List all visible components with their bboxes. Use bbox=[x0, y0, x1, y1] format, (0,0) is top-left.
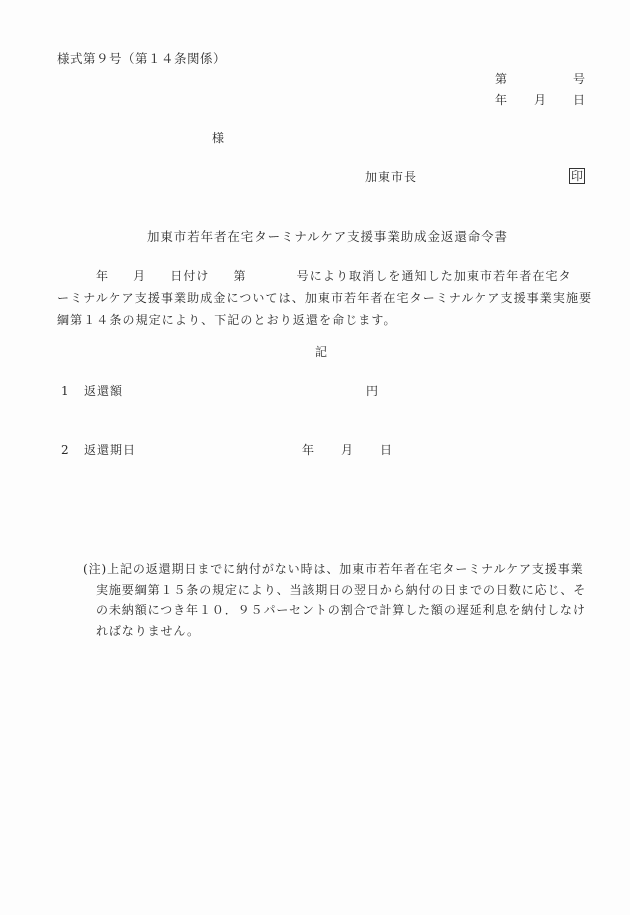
item-1-number: 1 bbox=[61, 385, 69, 397]
body-line-2: ーミナルケア支援事業助成金については、加東市若年者在宅ターミナルケア支援事業実施… bbox=[57, 287, 587, 309]
form-label: 様式第９号（第１４条関係） bbox=[57, 53, 226, 66]
doc-number-field[interactable] bbox=[510, 72, 570, 86]
item-1-label: 返還額 bbox=[84, 385, 123, 397]
issuer-name: 加東市長 bbox=[365, 171, 417, 183]
note-line-1: (注)上記の返還期日までに納付がない時は、加東市若年者在宅ターミナルケア支援事業 bbox=[83, 559, 593, 580]
document-title: 加東市若年者在宅ターミナルケア支援事業助成金返還命令書 bbox=[147, 231, 508, 244]
body-month: 月 bbox=[133, 269, 146, 283]
doc-number-suffix: 号 bbox=[573, 73, 585, 85]
addressee-honorific: 様 bbox=[212, 132, 224, 144]
addressee-field[interactable] bbox=[57, 131, 207, 145]
seal-mark: 印 bbox=[569, 168, 585, 184]
refund-due-date-field[interactable] bbox=[160, 443, 295, 457]
seal-icon: 印 bbox=[569, 168, 585, 184]
item-2-month: 月 bbox=[341, 444, 353, 456]
body-line-1-rest: 号により取消しを通知した加東市若年者在宅タ bbox=[297, 269, 572, 283]
note-line-3: の未納額につき年１０．９５パーセントの割合で計算した額の遅延利息を納付しなけ bbox=[83, 600, 593, 621]
body-paragraph: 年月日付け第号により取消しを通知した加東市若年者在宅タ ーミナルケア支援事業助成… bbox=[57, 265, 587, 331]
item-2-number: 2 bbox=[61, 444, 69, 456]
body-year: 年 bbox=[96, 269, 109, 283]
doc-date-day: 日 bbox=[573, 94, 585, 106]
refund-amount-field[interactable] bbox=[150, 384, 355, 398]
body-date-suffix: 日付け bbox=[170, 269, 209, 283]
item-2-day: 日 bbox=[380, 444, 392, 456]
body-dai: 第 bbox=[234, 269, 247, 283]
note-block: (注)上記の返還期日までに納付がない時は、加東市若年者在宅ターミナルケア支援事業… bbox=[83, 559, 593, 641]
ki-heading: 記 bbox=[315, 346, 327, 358]
body-line-1: 年月日付け第号により取消しを通知した加東市若年者在宅タ bbox=[57, 265, 587, 287]
doc-number-prefix: 第 bbox=[495, 73, 507, 85]
body-line-3: 綱第１４条の規定により、下記のとおり返還を命じます。 bbox=[57, 309, 587, 331]
doc-date-month: 月 bbox=[534, 94, 546, 106]
item-2-label: 返還期日 bbox=[84, 444, 136, 456]
item-1-unit: 円 bbox=[366, 385, 378, 397]
note-line-4: ればなりません。 bbox=[83, 621, 593, 642]
note-line-2: 実施要綱第１５条の規定により、当該期日の翌日から納付の日までの日数に応じ、そ bbox=[83, 580, 593, 601]
doc-date-year: 年 bbox=[495, 94, 507, 106]
item-2-year: 年 bbox=[302, 444, 314, 456]
